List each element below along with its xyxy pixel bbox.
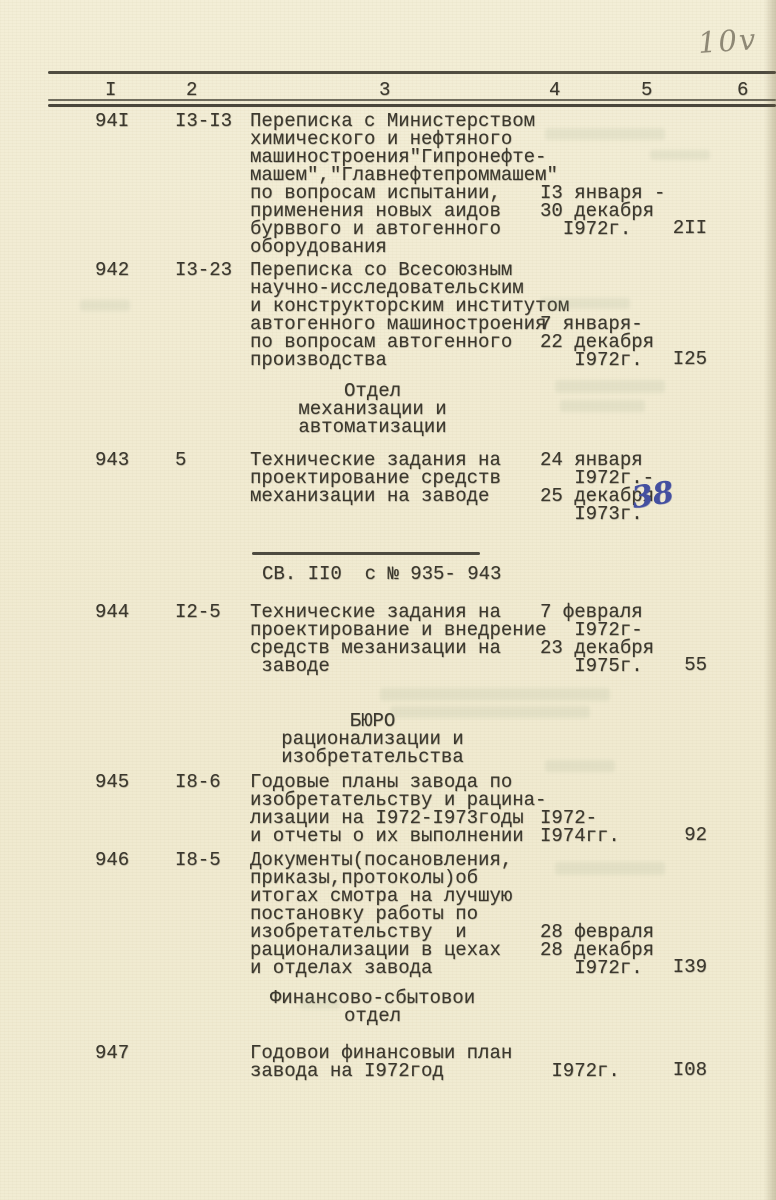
- column-header-4: 4: [549, 81, 560, 99]
- entry-number: 942: [95, 261, 175, 279]
- table-row-942: 942I3-23Переписка со Всесоюзным научно-и…: [0, 261, 776, 369]
- table-row-945: 945I8-6Годовые планы завода по изобретат…: [0, 773, 776, 845]
- header-underline-thin: [48, 99, 776, 101]
- entry-dates-cell: 28 февраля 28 декабря I972г.I39: [540, 851, 776, 977]
- entry-number: 944: [95, 603, 175, 621]
- entry-dates-cell: 7 января- 22 декабря I972г.I25: [540, 261, 776, 369]
- table-row-947: 947Годовои финансовыи план завода на I97…: [0, 1044, 776, 1080]
- entry-index: I3-I3: [175, 112, 250, 130]
- entry-number: 946: [95, 851, 175, 869]
- entry-title: Годовые планы завода по изобретательству…: [250, 773, 540, 845]
- entry-sheet-count: 2II: [673, 219, 707, 237]
- document-page: 10v I23456 94II3-I3Переписка с Министерс…: [0, 0, 776, 1200]
- entry-dates-cell: I3 января - 30 декабря I972г.2II: [540, 112, 776, 238]
- entry-dates: I972г.: [540, 1044, 776, 1080]
- entry-index: I8-5: [175, 851, 250, 869]
- table-row-946: 946I8-5Документы(посановления, приказы,п…: [0, 851, 776, 977]
- entry-index: 5: [175, 451, 250, 469]
- entry-dates-cell: I972г.I08: [540, 1044, 776, 1080]
- entry-index: I3-23: [175, 261, 250, 279]
- separator-rule: [252, 552, 480, 555]
- entry-title: Годовои финансовыи план завода на I972го…: [250, 1044, 540, 1080]
- entry-number: 945: [95, 773, 175, 791]
- table-row-944: 944I2-5Технические задания на проектиров…: [0, 603, 776, 675]
- section-heading: БЮРО рационализации и изобретательства: [245, 712, 500, 766]
- entry-dates: I3 января - 30 декабря I972г.: [540, 112, 776, 238]
- entry-index: I8-6: [175, 773, 250, 791]
- section-heading: Финансово-сбытовои отдел: [245, 989, 500, 1025]
- entry-dates: 7 февраля I972г- 23 декабря I975г.: [540, 603, 776, 675]
- entry-dates: I972- I974гг.: [540, 773, 776, 845]
- handwritten-page-number: 10v: [697, 22, 759, 60]
- column-header-1: I: [105, 81, 116, 99]
- bleed-artifact: [545, 760, 615, 772]
- section-heading: Отдел механизации и автоматизации: [245, 382, 500, 436]
- entry-sheet-count: I25: [673, 350, 707, 368]
- column-header-2: 2: [186, 81, 197, 99]
- handwritten-sheet-count: 38: [631, 484, 675, 508]
- entry-sheet-count: I08: [673, 1061, 707, 1079]
- binder-note: СВ. II0 с № 935- 943: [262, 565, 501, 583]
- entry-sheet-count: I39: [673, 958, 707, 976]
- header-underline-thick: [48, 104, 776, 107]
- entry-number: 943: [95, 451, 175, 469]
- column-header-6: 6: [737, 81, 748, 99]
- entry-number: 94I: [95, 112, 175, 130]
- bleed-artifact: [555, 380, 665, 393]
- entry-title: Технические задания на проектирование и …: [250, 603, 540, 675]
- bleed-artifact: [560, 400, 645, 412]
- table-row-941: 94II3-I3Переписка с Министерством химиче…: [0, 112, 776, 256]
- entry-title: Документы(посановления, приказы,протокол…: [250, 851, 540, 977]
- entry-title: Переписка с Министерством химического и …: [250, 112, 540, 256]
- entry-dates-cell: I972- I974гг.92: [540, 773, 776, 845]
- entry-title: Переписка со Всесоюзным научно-исследова…: [250, 261, 540, 369]
- column-header-5: 5: [641, 81, 652, 99]
- bleed-artifact: [380, 688, 610, 701]
- entry-dates: 28 февраля 28 декабря I972г.: [540, 851, 776, 977]
- entry-sheet-count: 92: [684, 826, 707, 844]
- entry-number: 947: [95, 1044, 175, 1062]
- entry-dates-cell: 7 февраля I972г- 23 декабря I975г.55: [540, 603, 776, 675]
- table-row-943: 9435Технические задания на проектировани…: [0, 451, 776, 523]
- entry-index: I2-5: [175, 603, 250, 621]
- entry-sheet-count: 55: [684, 656, 707, 674]
- column-header-3: 3: [379, 81, 390, 99]
- table-top-rule: [48, 71, 776, 74]
- entry-title: Технические задания на проектирование ср…: [250, 451, 540, 505]
- entry-dates: 7 января- 22 декабря I972г.: [540, 261, 776, 369]
